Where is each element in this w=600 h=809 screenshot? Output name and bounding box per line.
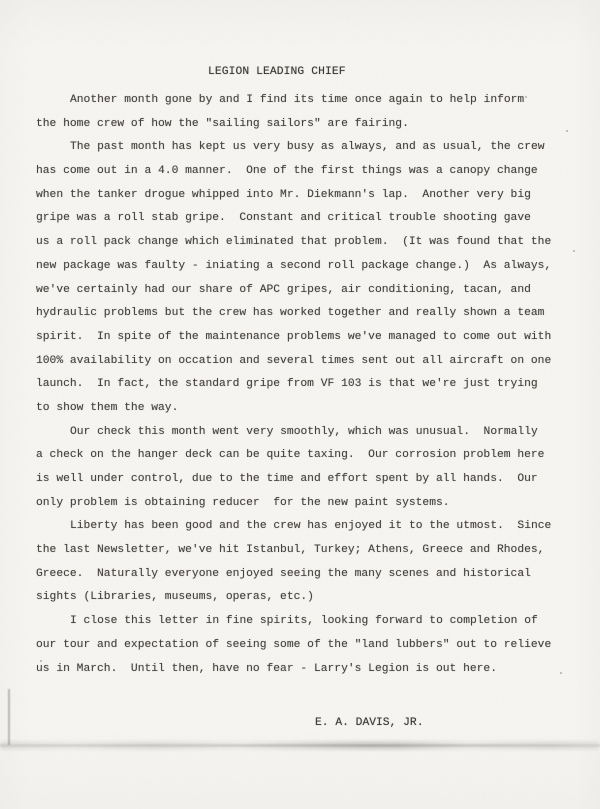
typed-line: we've certainly had our share of APC gri… bbox=[36, 279, 586, 303]
typed-line: sights (Libraries, museums, operas, etc.… bbox=[36, 586, 586, 610]
signature: E. A. DAVIS, JR. bbox=[315, 715, 423, 731]
typed-line: to show them the way. bbox=[36, 397, 586, 421]
typed-line: launch. In fact, the standard gripe from… bbox=[36, 373, 586, 397]
typed-line: Greece. Naturally everyone enjoyed seein… bbox=[36, 563, 586, 587]
typed-line: new package was faulty - iniating a seco… bbox=[36, 255, 586, 279]
document-title: LEGION LEADING CHIEF bbox=[208, 64, 346, 80]
typed-line: gripe was a roll stab gripe. Constant an… bbox=[36, 207, 586, 231]
typed-line: when the tanker drogue whipped into Mr. … bbox=[36, 184, 586, 208]
typed-line: has come out in a 4.0 manner. One of the… bbox=[36, 160, 586, 184]
typed-line: our tour and expectation of seeing some … bbox=[36, 634, 586, 658]
typed-line: the home crew of how the "sailing sailor… bbox=[36, 113, 586, 137]
typed-line: the last Newsletter, we've hit Istanbul,… bbox=[36, 539, 586, 563]
typed-line: spirit. In spite of the maintenance prob… bbox=[36, 326, 586, 350]
typed-line: I close this letter in fine spirits, loo… bbox=[36, 610, 586, 634]
typed-line: hydraulic problems but the crew has work… bbox=[36, 302, 586, 326]
typed-line: The past month has kept us very busy as … bbox=[36, 136, 586, 160]
typed-line: 100% availability on occation and severa… bbox=[36, 350, 586, 374]
typed-line: us a roll pack change which eliminated t… bbox=[36, 231, 586, 255]
scanned-letter-page: LEGION LEADING CHIEF Another month gone … bbox=[0, 0, 600, 809]
typed-line: is well under control, due to the time a… bbox=[36, 468, 586, 492]
typed-line: Liberty has been good and the crew has e… bbox=[36, 515, 586, 539]
typed-line: only problem is obtaining reducer for th… bbox=[36, 492, 586, 516]
typed-line: Our check this month went very smoothly,… bbox=[36, 421, 586, 445]
scan-smudge-band bbox=[0, 741, 600, 750]
letter-body: Another month gone by and I find its tim… bbox=[36, 89, 586, 681]
typed-line: Another month gone by and I find its tim… bbox=[36, 89, 586, 113]
page-edge-mark bbox=[8, 689, 10, 745]
scan-smudge-band-core bbox=[0, 744, 600, 747]
typed-line: us in March. Until then, have no fear - … bbox=[36, 658, 586, 682]
typed-line: a check on the hanger deck can be quite … bbox=[36, 444, 586, 468]
